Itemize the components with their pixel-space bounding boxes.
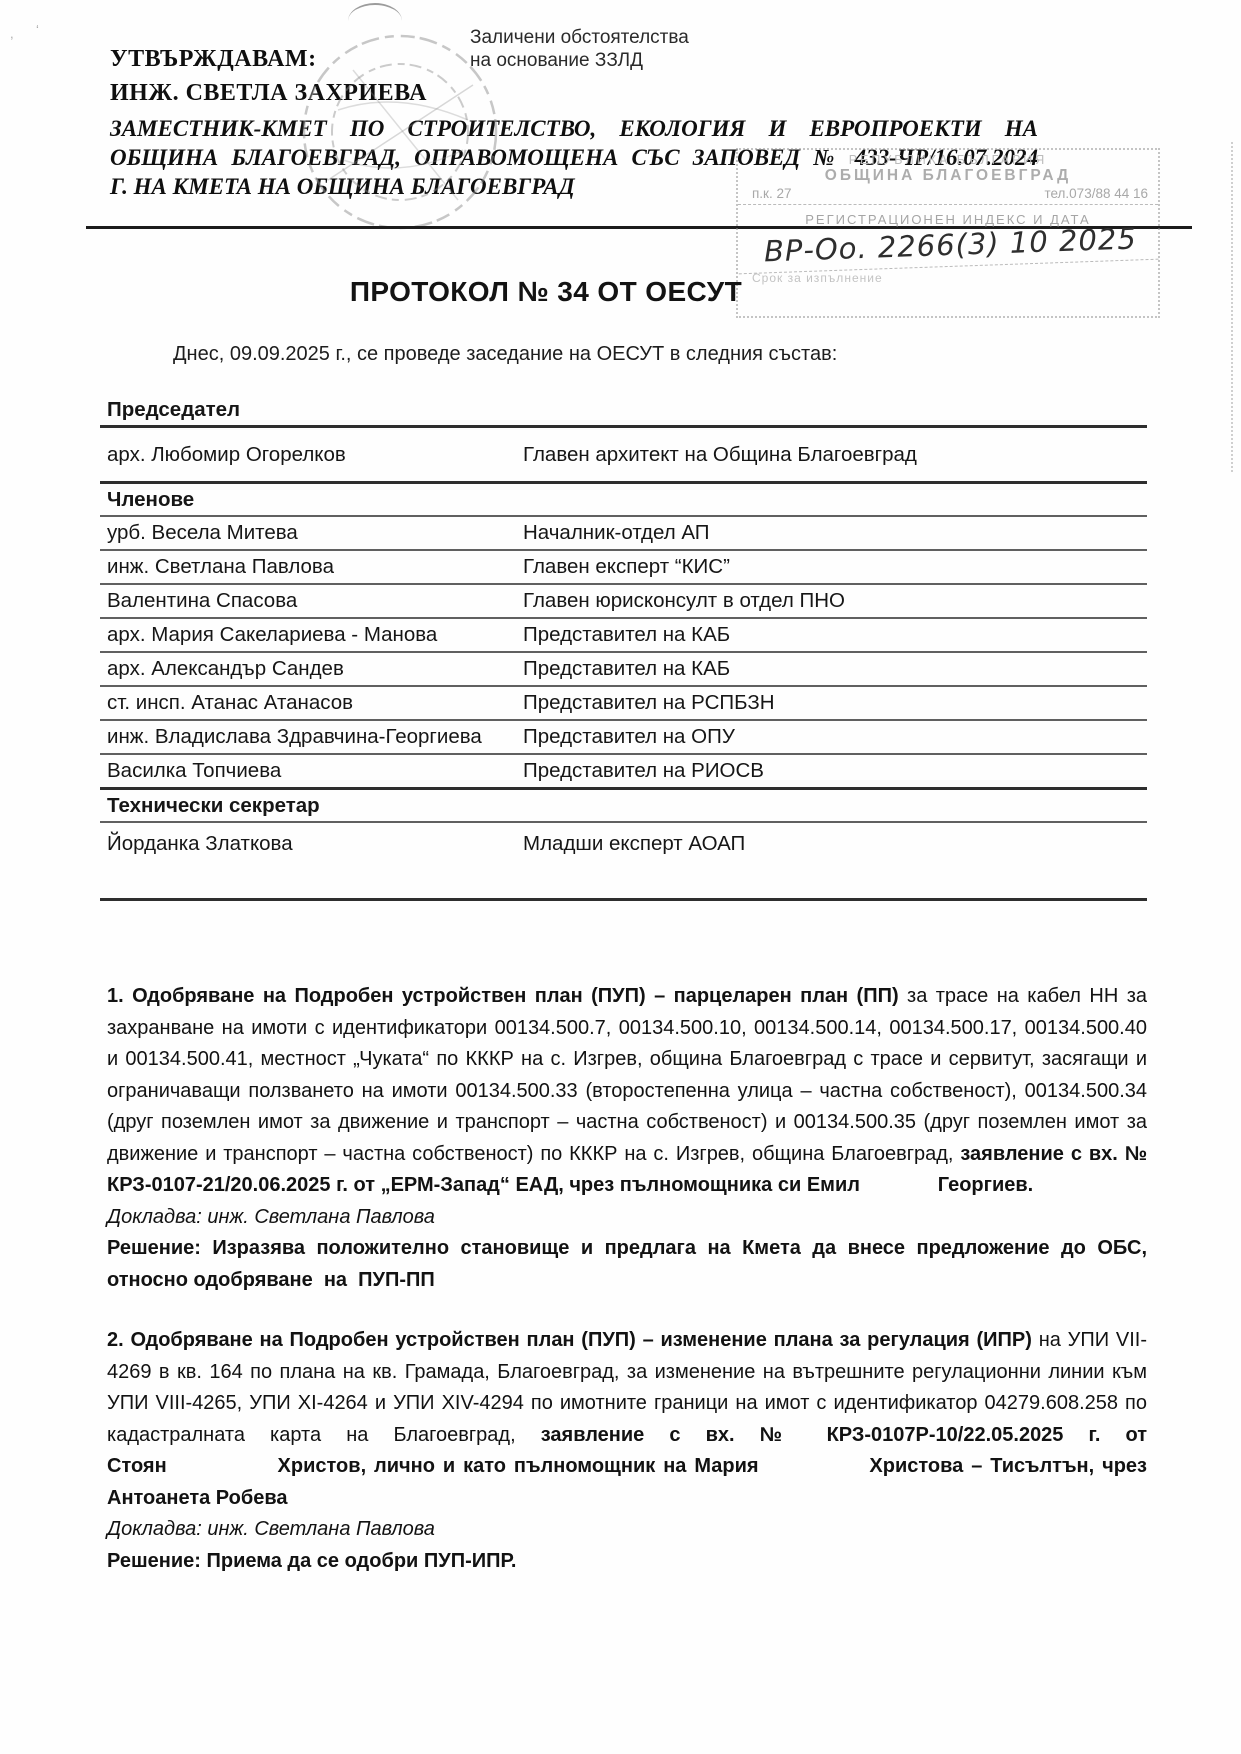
member-name: инж. Светлана Павлова: [100, 555, 523, 579]
member-role: Главен архитект на Община Благоевград: [523, 443, 1147, 467]
member-role: Представител на КАБ: [523, 623, 1147, 647]
committee-section-header: Членове: [100, 484, 1147, 517]
member-role: Представител на РИОСВ: [523, 759, 1147, 783]
member-role: Представител на РСПБЗН: [523, 691, 1147, 715]
agenda-item: 1. Одобряване на Подробен устройствен пл…: [107, 981, 1147, 1296]
approver-title-line1: ЗАМЕСТНИК-КМЕТ ПО СТРОИТЕЛСТВО, ЕКОЛОГИЯ…: [110, 114, 1038, 143]
committee-member-row: арх. Любомир ОгорелковГлавен архитект на…: [100, 428, 1147, 484]
document-page: , ‘ Заличени обстоятелства на основание …: [0, 0, 1241, 1754]
member-name: Йорданка Златкова: [100, 832, 523, 856]
member-role: Представител на КАБ: [523, 657, 1147, 681]
committee-member-row: арх. Мария Сакелариева - МановаПредстави…: [100, 619, 1147, 653]
scan-edge-dots: [1231, 142, 1233, 472]
committee-section-header: Председател: [100, 394, 1147, 428]
item-decision: Решение: Приема да се одобри ПУП-ИПР.: [107, 1546, 1147, 1578]
stamp-country: РЕПУБЛИКА БЪЛГАРИЯ: [738, 153, 1158, 167]
intro-line: Днес, 09.09.2025 г., се проведе заседани…: [107, 343, 1107, 366]
item-text-segment: за трасе на кабел НН за захранване на им…: [107, 985, 1147, 1165]
committee-member-row: инж. Светлана ПавловаГлавен експерт “КИС…: [100, 551, 1147, 585]
committee-member-row: урб. Весела МитеваНачалник-отдел АП: [100, 517, 1147, 551]
member-name: Валентина Спасова: [100, 589, 523, 613]
committee-member-row: ст. инсп. Атанас АтанасовПредставител на…: [100, 687, 1147, 721]
agenda-items: 1. Одобряване на Подробен устройствен пл…: [107, 981, 1147, 1577]
committee-section-header: Технически секретар: [100, 790, 1147, 823]
stamp-municipality: ОБЩИНА БЛАГОЕВГРАД: [738, 167, 1158, 185]
member-name: ст. инсп. Атанас Атанасов: [100, 691, 523, 715]
committee-member-row: инж. Владислава Здравчина-ГеоргиеваПредс…: [100, 721, 1147, 755]
committee-member-row: арх. Александър СандевПредставител на КА…: [100, 653, 1147, 687]
item-reporter: Докладва: инж. Светлана Павлова: [107, 1202, 1147, 1234]
member-role: Представител на ОПУ: [523, 725, 1147, 749]
scan-noise-speck: ‘: [36, 22, 39, 37]
member-name: арх. Любомир Огорелков: [100, 443, 523, 467]
stamp-contact-row: п.к. 27 тел.073/88 44 16: [738, 185, 1158, 205]
member-role: Главен експерт “КИС”: [523, 555, 1147, 579]
agenda-item: 2. Одобряване на Подробен устройствен пл…: [107, 1325, 1147, 1577]
committee-member-row: Йорданка ЗлатковаМладши експерт АОАП: [100, 823, 1147, 901]
item-text-bold-segment: 2. Одобряване на Подробен устройствен пл…: [107, 1329, 1039, 1351]
committee-member-row: Валентина СпасоваГлавен юрисконсулт в от…: [100, 585, 1147, 619]
stamp-phone: тел.073/88 44 16: [1044, 186, 1148, 201]
item-text: 2. Одобряване на Подробен устройствен пл…: [107, 1325, 1147, 1514]
member-name: Василка Топчиева: [100, 759, 523, 783]
member-name: арх. Александър Сандев: [100, 657, 523, 681]
scan-noise-speck: ,: [10, 26, 14, 41]
approver-name: ИНЖ. СВЕТЛА ЗАХРИЕВА: [110, 76, 1038, 110]
member-role: Младши експерт АОАП: [523, 832, 1147, 856]
document-title: ПРОТОКОЛ № 34 ОТ ОЕСУТ: [86, 276, 1006, 308]
scan-artifact-arc: [348, 3, 402, 21]
approval-heading: УТВЪРЖДАВАМ:: [110, 42, 1038, 76]
member-role: Главен юрисконсулт в отдел ПНО: [523, 589, 1147, 613]
committee-member-row: Василка ТопчиеваПредставител на РИОСВ: [100, 755, 1147, 790]
member-name: урб. Весела Митева: [100, 521, 523, 545]
item-text-bold-segment: 1. Одобряване на Подробен устройствен пл…: [107, 985, 907, 1007]
item-reporter: Докладва: инж. Светлана Павлова: [107, 1514, 1147, 1546]
member-role: Началник-отдел АП: [523, 521, 1147, 545]
item-decision: Решение: Изразява положително становище …: [107, 1233, 1147, 1296]
member-name: арх. Мария Сакелариева - Манова: [100, 623, 523, 647]
stamp-po-box: п.к. 27: [752, 186, 792, 201]
committee-table: Председателарх. Любомир ОгорелковГлавен …: [100, 394, 1147, 901]
member-name: инж. Владислава Здравчина-Георгиева: [100, 725, 523, 749]
item-text: 1. Одобряване на Подробен устройствен пл…: [107, 981, 1147, 1202]
